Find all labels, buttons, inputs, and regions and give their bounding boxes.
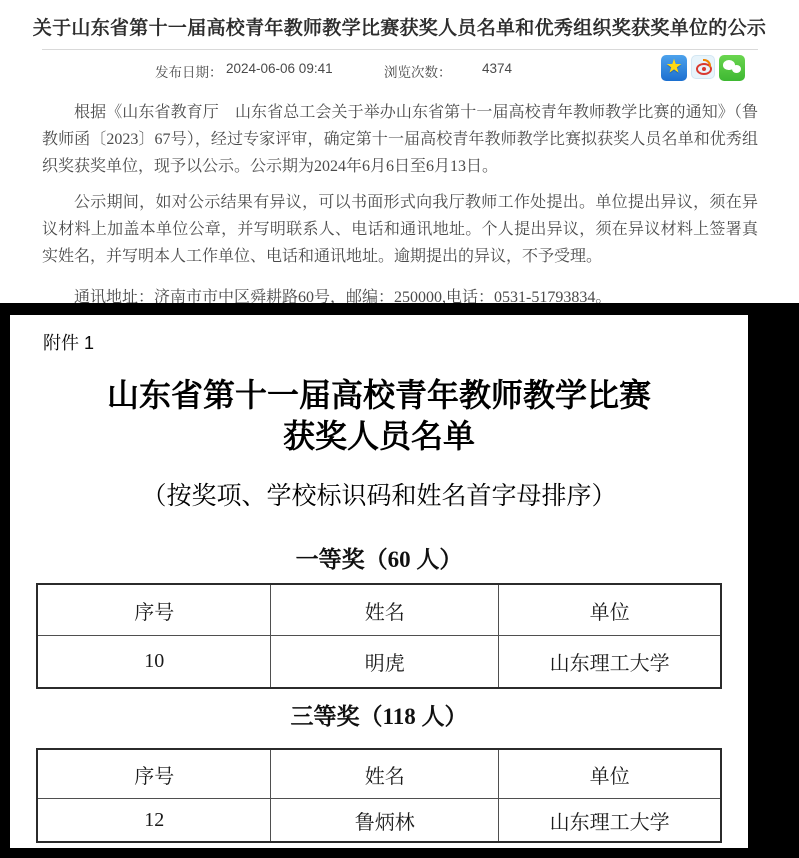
views-count-label: 浏览次数： xyxy=(384,61,452,81)
attachment-subtitle: （按奖项、学校标识码和姓名首字母排序） xyxy=(10,476,748,512)
spark-icon xyxy=(703,59,711,67)
first-prize-heading: 一等奖（60 人） xyxy=(10,541,748,574)
cell-number: 12 xyxy=(37,799,271,843)
column-header-number: 序号 xyxy=(37,584,271,636)
cell-name: 鲁炳林 xyxy=(271,799,499,843)
chat-bubble-small-icon xyxy=(732,65,741,73)
publish-date-label: 发布日期： xyxy=(155,61,223,81)
paragraph-objection: 公示期间，如对公示结果有异议，可以书面形式向我厅教师工作处提出。单位提出异议，须… xyxy=(42,189,758,270)
qzone-share-icon[interactable]: ★ xyxy=(661,55,687,81)
wechat-share-icon[interactable] xyxy=(719,55,745,81)
views-count-value: 4374 xyxy=(482,61,512,76)
first-prize-table: 序号 姓名 单位 10 明虎 山东理工大学 xyxy=(36,583,722,689)
table-header-row: 序号 姓名 单位 xyxy=(37,749,721,799)
title-divider xyxy=(42,49,758,50)
publish-date-value: 2024-06-06 09:41 xyxy=(226,61,333,76)
page-title: 关于山东省第十一届高校青年教师教学比赛获奖人员名单和优秀组织奖获奖单位的公示 xyxy=(20,16,779,42)
column-header-name: 姓名 xyxy=(271,749,499,799)
attachment-title-line1: 山东省第十一届高校青年教师教学比赛 xyxy=(10,375,748,416)
cell-name: 明虎 xyxy=(271,636,499,689)
weibo-share-icon[interactable] xyxy=(691,55,715,79)
column-header-unit: 单位 xyxy=(499,749,721,799)
share-buttons: ★ xyxy=(661,55,745,81)
attachment-document: 附件 1 山东省第十一届高校青年教师教学比赛 获奖人员名单 （按奖项、学校标识码… xyxy=(10,315,748,848)
cell-unit: 山东理工大学 xyxy=(499,799,721,843)
star-icon: ★ xyxy=(665,58,682,77)
table-row: 12 鲁炳林 山东理工大学 xyxy=(37,799,721,843)
table-row: 10 明虎 山东理工大学 xyxy=(37,636,721,689)
attachment-title: 山东省第十一届高校青年教师教学比赛 获奖人员名单 xyxy=(10,375,748,457)
column-header-number: 序号 xyxy=(37,749,271,799)
announcement-page: 关于山东省第十一届高校青年教师教学比赛获奖人员名单和优秀组织奖获奖单位的公示 发… xyxy=(0,0,799,858)
attachment-image-frame: 附件 1 山东省第十一届高校青年教师教学比赛 获奖人员名单 （按奖项、学校标识码… xyxy=(0,303,799,858)
paragraph-basis: 根据《山东省教育厅 山东省总工会关于举办山东省第十一届高校青年教师教学比赛的通知… xyxy=(42,99,758,180)
cell-number: 10 xyxy=(37,636,271,689)
attachment-title-line2: 获奖人员名单 xyxy=(10,416,748,457)
announcement-body: 根据《山东省教育厅 山东省总工会关于举办山东省第十一届高校青年教师教学比赛的通知… xyxy=(42,99,758,320)
table-header-row: 序号 姓名 单位 xyxy=(37,584,721,636)
cell-unit: 山东理工大学 xyxy=(499,636,721,689)
column-header-name: 姓名 xyxy=(271,584,499,636)
third-prize-heading: 三等奖（118 人） xyxy=(10,698,748,731)
attachment-label: 附件 1 xyxy=(43,329,94,355)
third-prize-table: 序号 姓名 单位 12 鲁炳林 山东理工大学 xyxy=(36,748,722,843)
column-header-unit: 单位 xyxy=(499,584,721,636)
